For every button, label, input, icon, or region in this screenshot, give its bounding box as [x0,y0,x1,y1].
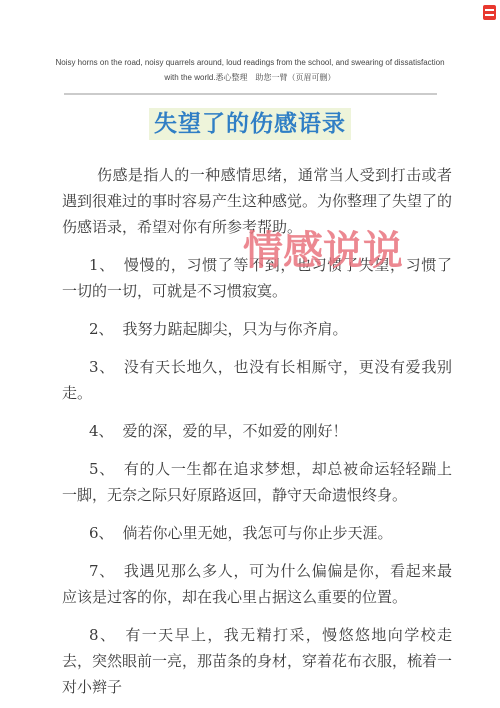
item-number: 2、 [89,320,114,338]
item-number: 8、 [89,626,116,644]
document-page: Noisy horns on the road, noisy quarrels … [0,0,500,708]
quote-item-4: 4、爱的深，爱的早，不如爱的刚好！ [62,418,452,444]
item-number: 3、 [89,358,115,376]
header-line-1: Noisy horns on the road, noisy quarrels … [0,55,500,70]
item-text: 我遇见那么多人，可为什么偏偏是你，看起来最应该是过客的你，却在我心里占据这么重要… [62,562,452,606]
item-text: 慢慢的，习惯了等不到，也习惯了失望，习惯了一切的一切，可就是不习惯寂寞。 [62,256,452,300]
item-number: 7、 [89,562,115,580]
page-title: 失望了的伤感语录 [149,108,351,140]
item-text: 倘若你心里无她，我怎可与你止步天涯。 [123,524,393,542]
quote-item-6: 6、倘若你心里无她，我怎可与你止步天涯。 [62,520,452,546]
page-header: Noisy horns on the road, noisy quarrels … [0,0,500,85]
title-row: 失望了的伤感语录 [0,108,500,140]
header-divider [64,93,437,95]
item-text: 没有天长地久，也没有长相厮守，更没有爱我别走。 [62,358,452,402]
red-seal-icon [483,5,496,20]
item-text: 爱的深，爱的早，不如爱的刚好！ [123,422,348,440]
item-text: 有的人一生都在追求梦想，却总被命运轻轻踹上一脚，无奈之际只好原路返回，静守天命遗… [62,460,452,504]
item-number: 5、 [89,460,115,478]
quote-item-5: 5、有的人一生都在追求梦想，却总被命运轻轻踹上一脚，无奈之际只好原路返回，静守天… [62,456,452,508]
quote-item-2: 2、我努力踮起脚尖，只为与你齐肩。 [62,316,452,342]
intro-paragraph: 伤感是指人的一种感情思绪，通常当人受到打击或者遇到很难过的事时容易产生这种感觉。… [62,162,452,240]
item-number: 1、 [89,256,115,274]
header-line-2: with the world.悉心整理 助您一臂（页眉可删） [0,70,500,85]
item-number: 6、 [89,524,114,542]
quote-item-3: 3、没有天长地久，也没有长相厮守，更没有爱我别走。 [62,354,452,406]
item-text: 我努力踮起脚尖，只为与你齐肩。 [123,320,348,338]
document-body: 伤感是指人的一种感情思绪，通常当人受到打击或者遇到很难过的事时容易产生这种感觉。… [62,162,452,700]
item-number: 4、 [89,422,114,440]
quote-item-8: 8、有一天早上，我无精打采，慢悠悠地向学校走去，突然眼前一亮，那苗条的身材，穿着… [62,622,452,700]
quote-item-1: 1、慢慢的，习惯了等不到，也习惯了失望，习惯了一切的一切，可就是不习惯寂寞。 [62,252,452,304]
item-text: 有一天早上，我无精打采，慢悠悠地向学校走去，突然眼前一亮，那苗条的身材，穿着花布… [62,626,452,696]
quote-item-7: 7、我遇见那么多人，可为什么偏偏是你，看起来最应该是过客的你，却在我心里占据这么… [62,558,452,610]
